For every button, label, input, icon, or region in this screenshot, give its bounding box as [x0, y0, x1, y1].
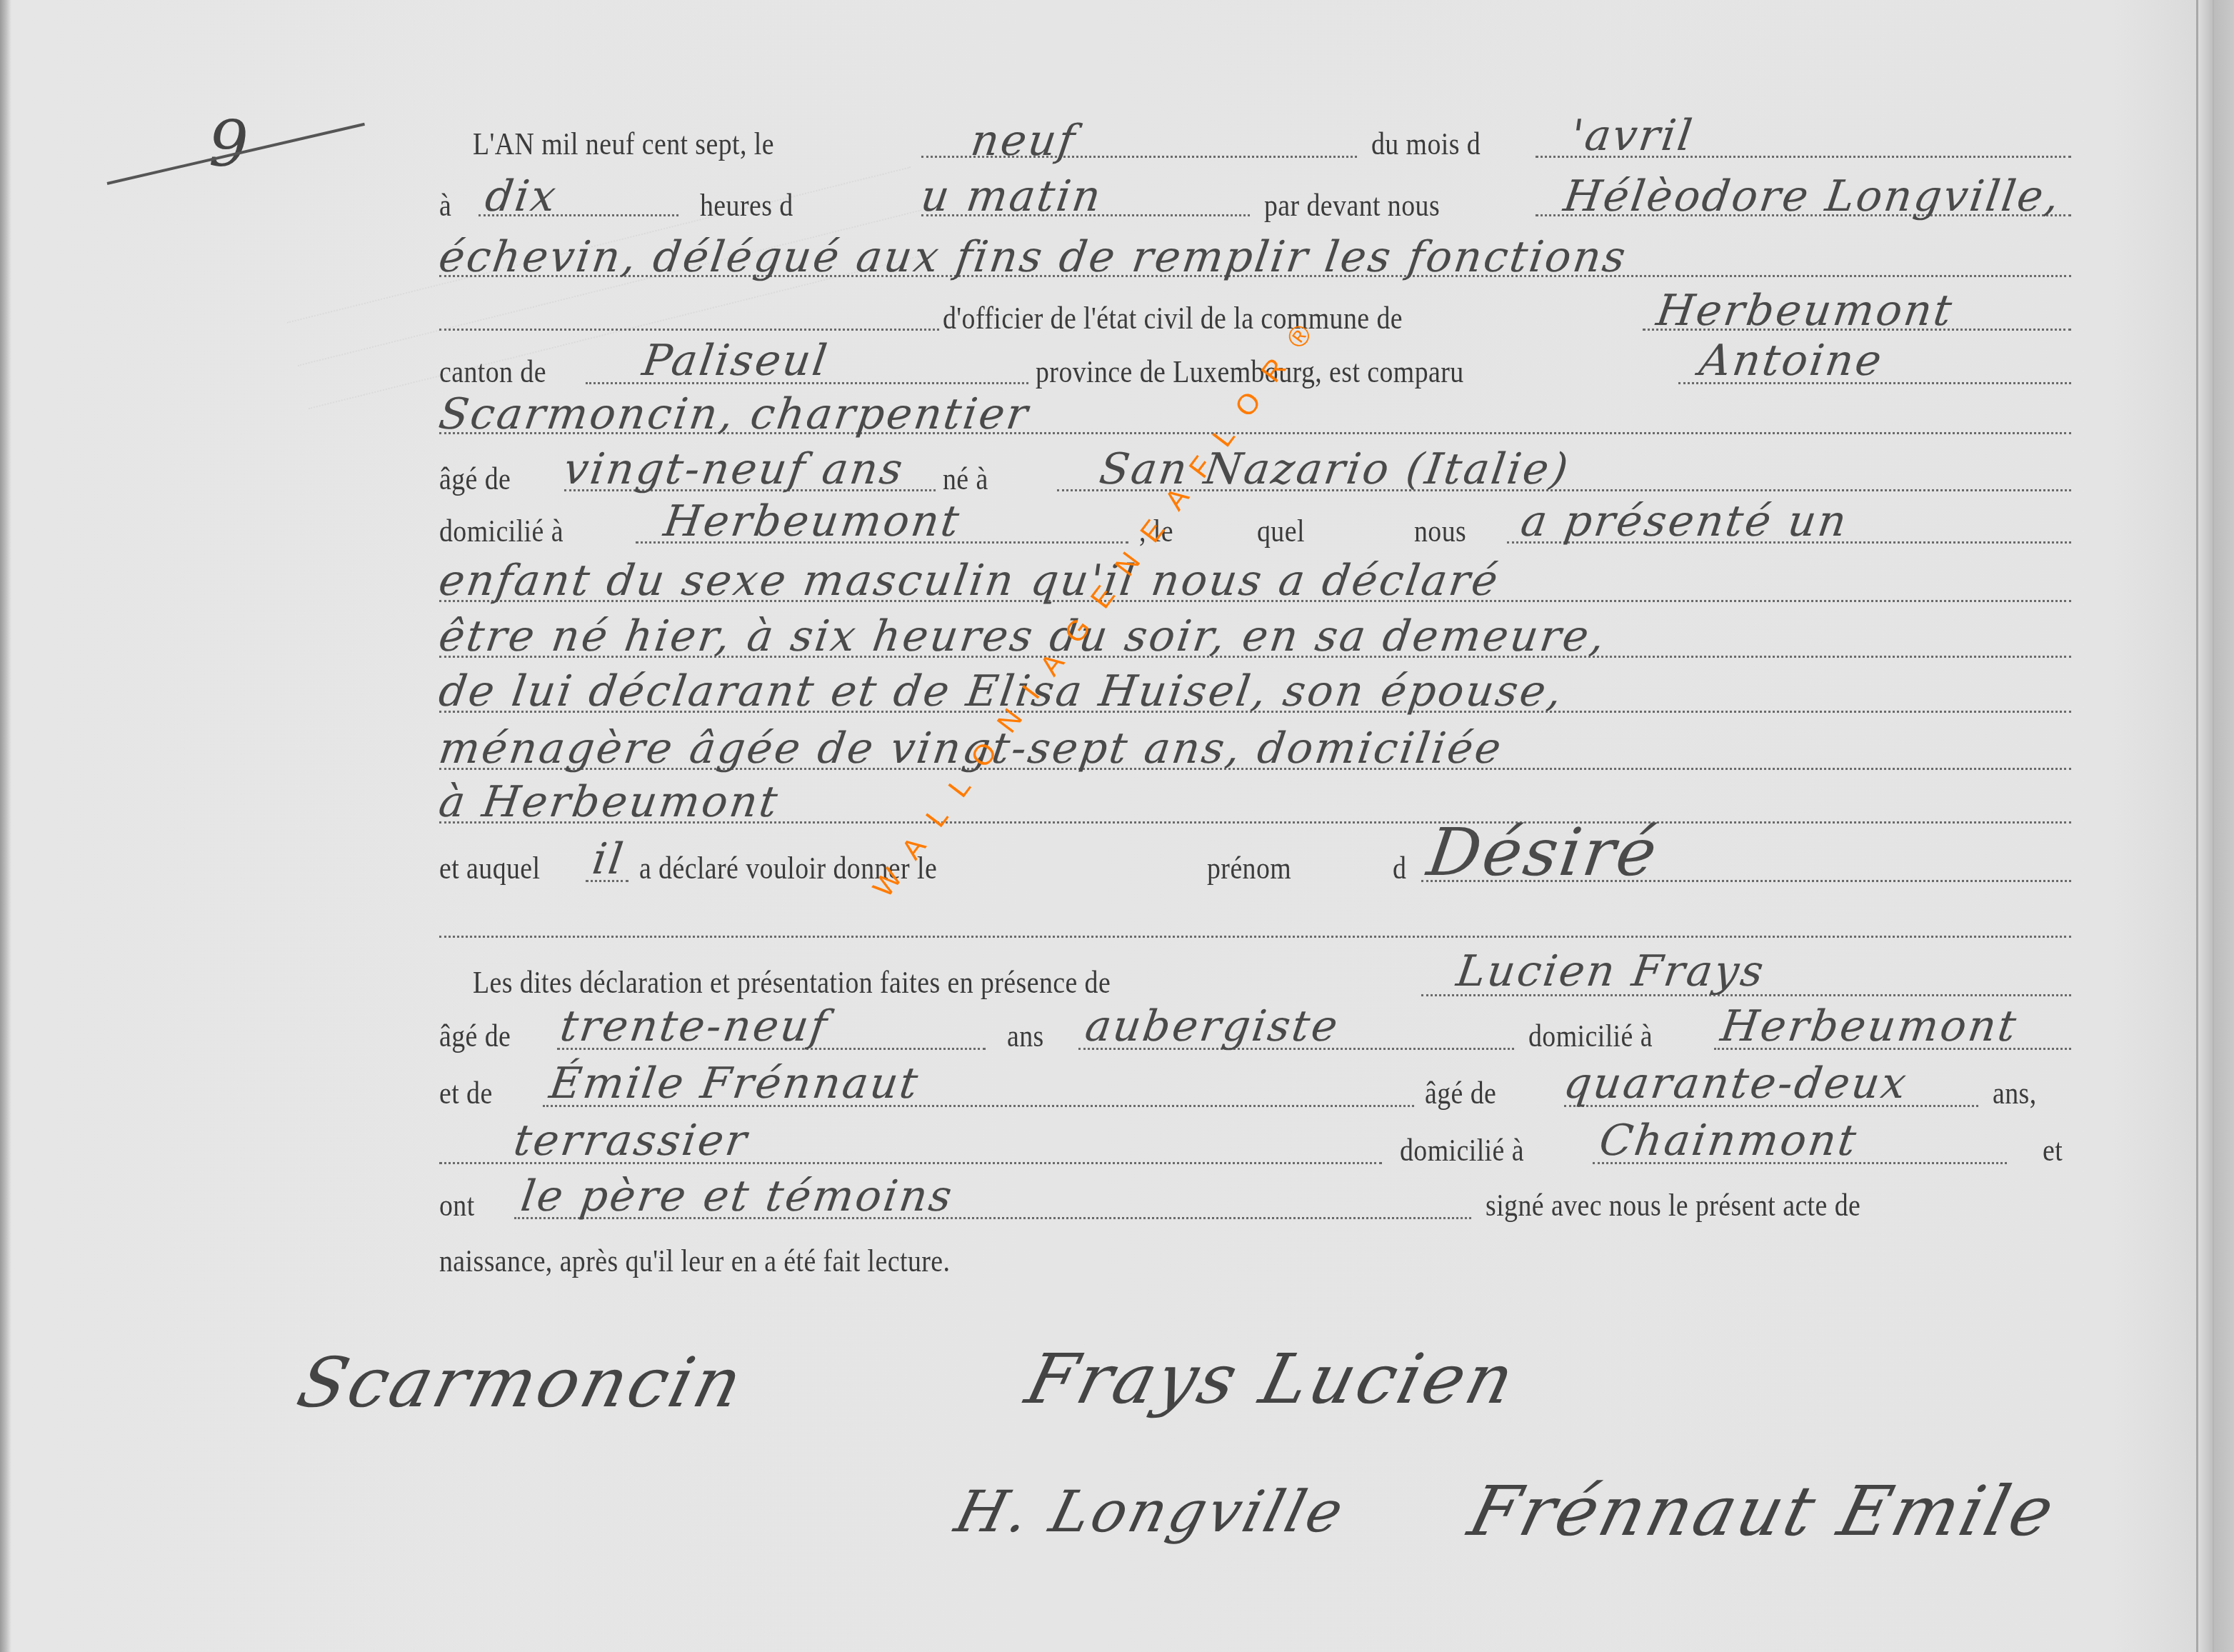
printed-text: et de: [439, 1075, 493, 1111]
printed-text: âgé de: [1425, 1075, 1496, 1111]
handwritten-text: il: [589, 834, 628, 884]
printed-text: par devant nous: [1264, 187, 1440, 224]
printed-text: ont: [439, 1187, 475, 1223]
document-page: 9 L'AN mil neuf cent sept, le neuf du mo…: [0, 0, 2234, 1652]
printed-text: ans,: [1993, 1075, 2037, 1111]
printed-text: né à: [943, 461, 988, 497]
printed-text: d: [1393, 850, 1406, 886]
printed-text: d'officier de l'état civil de la commune…: [943, 300, 1403, 336]
printed-text: Les dites déclaration et présentation fa…: [473, 964, 1111, 1001]
printed-text: domicilié à: [1400, 1132, 1524, 1168]
signature-witness2: Frénnaut Emile: [1461, 1471, 2064, 1551]
fill-line: [439, 936, 2071, 938]
printed-text: quel: [1257, 513, 1305, 549]
handwritten-witness2-name: Émile Frénnaut: [546, 1058, 923, 1108]
handwritten-witness1-occupation: aubergiste: [1082, 1001, 1343, 1051]
handwritten-text: à Herbeumont: [436, 777, 783, 827]
printed-text: à: [439, 187, 451, 224]
printed-text: et: [2043, 1132, 2063, 1168]
printed-text: canton de: [439, 354, 546, 390]
handwritten-witness1-domicile: Herbeumont: [1718, 1001, 2021, 1051]
signature-officer: H. Longville: [948, 1478, 1352, 1545]
page-binding-edge: [2196, 0, 2214, 1652]
handwritten-text: être né hier, à six heures du soir, en s…: [436, 611, 1610, 661]
handwritten-father-domicile: Herbeumont: [661, 496, 964, 546]
handwritten-father-age: vingt-neuf ans: [561, 444, 908, 494]
signature-witness1: Frays Lucien: [1018, 1339, 1524, 1419]
printed-text: prénom: [1207, 850, 1291, 886]
handwritten-child-name: Désiré: [1423, 814, 1663, 891]
printed-text: âgé de: [439, 1018, 511, 1054]
handwritten-text: a présenté un: [1518, 496, 1851, 546]
handwritten-text: enfant du sexe masculin qu'il nous a déc…: [436, 556, 1503, 606]
printed-text: et auquel: [439, 850, 541, 886]
handwritten-signatories: le père et témoins: [518, 1171, 957, 1221]
signature-father: Scarmoncin: [290, 1343, 753, 1423]
printed-text: heures d: [700, 187, 793, 224]
handwritten-day: neuf: [968, 116, 1080, 166]
printed-text: âgé de: [439, 461, 511, 497]
printed-text: L'AN mil neuf cent sept, le: [473, 126, 774, 162]
handwritten-officer-name: Hélèodore Longville,: [1561, 171, 2064, 221]
handwritten-hour: dix: [482, 171, 561, 221]
handwritten-officer-title: échevin, délégué aux fins de remplir les…: [436, 232, 1631, 282]
handwritten-witness1-name: Lucien Frays: [1453, 946, 1768, 996]
handwritten-time-of-day: u matin: [918, 171, 1106, 221]
handwritten-witness2-occupation: terrassier: [511, 1116, 752, 1166]
printed-text: ans: [1007, 1018, 1044, 1054]
printed-text: naissance, après qu'il leur en a été fai…: [439, 1243, 950, 1279]
fill-line: [439, 329, 939, 331]
printed-text: domicilié à: [1528, 1018, 1653, 1054]
handwritten-witness1-age: trente-neuf: [557, 1001, 832, 1051]
handwritten-witness2-age: quarante-deux: [1561, 1058, 1911, 1108]
handwritten-father-firstname: Antoine: [1696, 336, 1886, 386]
handwritten-canton: Paliseul: [639, 336, 832, 386]
entry-number: 9: [209, 107, 249, 181]
handwritten-father-name-occupation: Scarmoncin, charpentier: [436, 389, 1033, 439]
printed-text: domicilié à: [439, 513, 563, 549]
printed-text: du mois d: [1371, 126, 1481, 162]
handwritten-commune: Herbeumont: [1653, 286, 1957, 336]
printed-text: nous: [1414, 513, 1466, 549]
printed-text: signé avec nous le présent acte de: [1486, 1187, 1860, 1223]
handwritten-month: 'avril: [1568, 111, 1697, 161]
handwritten-witness2-domicile: Chainmont: [1596, 1116, 1861, 1166]
